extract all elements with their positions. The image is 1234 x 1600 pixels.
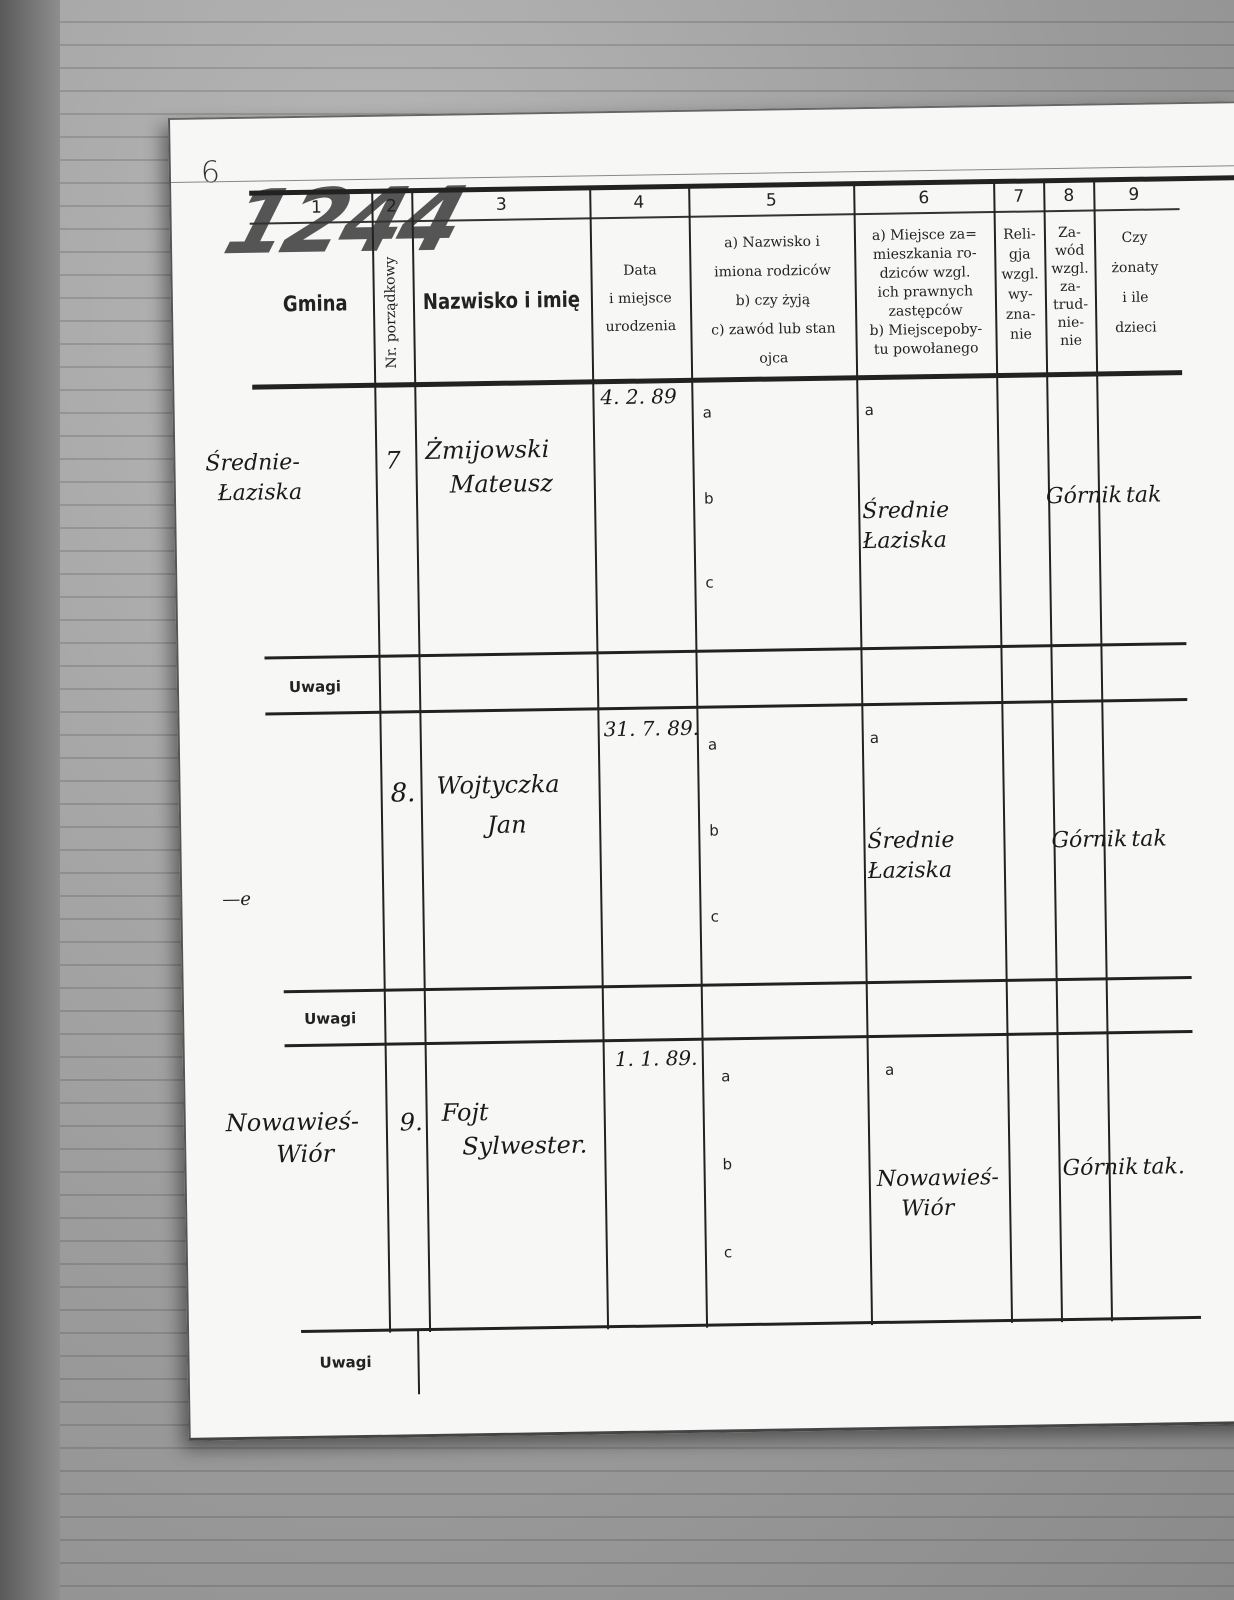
label-a: a (721, 1067, 730, 1085)
col-num-5: 5 (691, 189, 851, 212)
remarks-field[interactable] (402, 994, 1182, 1032)
remarks-top-rule (264, 642, 1186, 659)
col-divider-8 (1093, 181, 1113, 1321)
scan-edge-shadow (0, 0, 60, 1600)
col-num-1: 1 (261, 197, 371, 219)
entry-row-1: Średnie- Łaziska 7 Żmijowski Mateusz 4. … (170, 103, 1234, 120)
entry-birth-date: 31. 7. 89. (603, 716, 699, 741)
col-num-3: 3 (416, 193, 586, 216)
remarks-label: Uwagi (289, 677, 341, 696)
entry-name: Fojt Sylwester. (441, 1094, 587, 1164)
remarks-field[interactable] (389, 664, 1179, 702)
label-a: a (865, 401, 874, 419)
entry-gmina: Nowawieś- Wiór (226, 1105, 360, 1171)
header-parents: a) Nazwisko i imiona rodziców b) czy żyj… (692, 227, 854, 374)
col-num-6: 6 (856, 187, 991, 209)
remarks-divider (417, 1330, 420, 1394)
remarks-field[interactable] (425, 1330, 1196, 1382)
registration-card: 6 1244 1 2 3 4 5 6 7 8 9 Gmina Nr. porzą… (168, 101, 1234, 1441)
entry-row-2: —e 8. Wojtyczka Jan 31. 7. 89. a b c a Ś… (170, 103, 1234, 120)
entry-residence: Średnie Łaziska (862, 496, 950, 557)
col-num-8: 8 (1046, 186, 1091, 207)
entry-birth-date: 1. 1. 89. (615, 1046, 698, 1071)
remarks-label: Uwagi (304, 1009, 356, 1028)
entry-occupation: Górnik (1046, 483, 1122, 509)
label-c: c (705, 573, 714, 591)
entry-nr: 8. (390, 778, 415, 808)
entry-residence: Nowawieś- Wiór (877, 1163, 1000, 1225)
header-nazwisko-imie: Nazwisko i imię (423, 287, 580, 315)
label-a: a (870, 729, 879, 747)
header-gmina: Gmina (283, 291, 348, 317)
remarks-label: Uwagi (319, 1353, 371, 1372)
col-divider-7 (1043, 182, 1063, 1322)
entry-married: tak (1126, 482, 1162, 508)
entry-name: Wojtyczka Jan (436, 764, 560, 846)
label-b: b (709, 821, 719, 839)
col-divider-3 (589, 189, 609, 1329)
page-number: 6 (201, 155, 221, 190)
col-divider-6 (993, 183, 1013, 1323)
entry-residence: Średnie Łaziska (867, 826, 955, 887)
header-residence: a) Miejsce za= mieszkania ro- dziców wzg… (857, 225, 994, 360)
entry-nr: 7 (385, 446, 401, 474)
remarks-top-rule (301, 1316, 1201, 1333)
label-c: c (724, 1243, 733, 1261)
label-b: b (722, 1155, 732, 1173)
header-occupation: Za- wód wzgl. za- trud- nie- nie (1047, 224, 1094, 351)
label-c: c (710, 907, 719, 925)
entry-married: tak (1131, 826, 1167, 852)
header-birth: Data i miejsce urodzenia (592, 256, 688, 341)
entry-married: tak. (1142, 1154, 1185, 1180)
entry-row-3: Nowawieś- Wiór 9. Fojt Sylwester. 1. 1. … (170, 103, 1234, 120)
entry-name: Żmijowski Mateusz (425, 432, 553, 502)
entry-gmina: —e (222, 889, 251, 910)
header-nr-porzadkowy: Nr. porządkowy (382, 257, 400, 369)
entry-occupation: Górnik (1062, 1155, 1138, 1181)
col-num-9: 9 (1096, 184, 1171, 205)
header-married: Czy żonaty i ile dzieci (1097, 222, 1174, 343)
col-num-4: 4 (591, 192, 686, 213)
label-a: a (708, 735, 717, 753)
col-num-7: 7 (996, 186, 1041, 207)
col-divider-2 (411, 192, 431, 1332)
entry-occupation: Górnik (1051, 827, 1127, 853)
label-a: a (885, 1061, 894, 1079)
label-a: a (703, 403, 712, 421)
col-num-2: 2 (376, 196, 406, 216)
entry-nr: 9. (400, 1108, 423, 1136)
entry-gmina: Średnie- Łaziska (205, 448, 302, 510)
entry-birth-date: 4. 2. 89 (600, 384, 677, 409)
header-religion: Reli- gja wzgl. wy- zna- nie (997, 224, 1044, 345)
label-b: b (704, 489, 714, 507)
